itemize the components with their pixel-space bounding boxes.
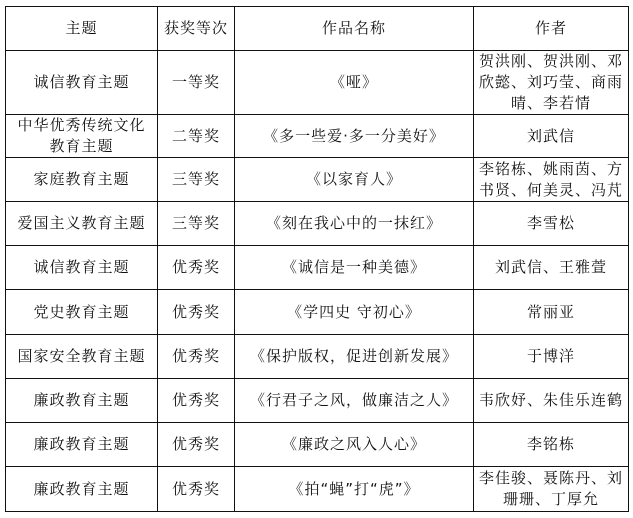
table-body: 诚信教育主题一等奖《哑》贺洪刚、贺洪刚、邓欣懿、刘巧莹、商雨晴、李若情中华优秀传… bbox=[6, 51, 629, 512]
authors-cell: 刘武信、王雅萱 bbox=[474, 246, 629, 290]
award-cell: 一等奖 bbox=[158, 51, 235, 115]
theme-cell: 诚信教育主题 bbox=[6, 51, 158, 115]
authors-cell: 韦欣妤、朱佳乐连鹤 bbox=[474, 379, 629, 423]
authors-cell: 贺洪刚、贺洪刚、邓欣懿、刘巧莹、商雨晴、李若情 bbox=[474, 51, 629, 115]
award-cell: 三等奖 bbox=[158, 158, 235, 202]
authors-cell: 刘武信 bbox=[474, 115, 629, 158]
header-theme: 主题 bbox=[6, 7, 158, 51]
award-cell: 优秀奖 bbox=[158, 290, 235, 335]
table-row: 廉政教育主题优秀奖《廉政之风入人心》李铭栋 bbox=[6, 423, 629, 467]
awards-table: 主题 获奖等次 作品名称 作者 诚信教育主题一等奖《哑》贺洪刚、贺洪刚、邓欣懿、… bbox=[5, 6, 629, 512]
theme-cell: 爱国主义教育主题 bbox=[6, 202, 158, 246]
header-work: 作品名称 bbox=[235, 7, 474, 51]
table-row: 廉政教育主题优秀奖《拍“蝇”打“虎”》李佳骏、聂陈丹、刘珊珊、丁厚允 bbox=[6, 467, 629, 512]
authors-cell: 李铭栋 bbox=[474, 423, 629, 467]
work-title-cell: 《学四史 守初心》 bbox=[235, 290, 474, 335]
award-cell: 优秀奖 bbox=[158, 379, 235, 423]
theme-cell: 廉政教育主题 bbox=[6, 379, 158, 423]
work-title-cell: 《多一些爱·多一分美好》 bbox=[235, 115, 474, 158]
theme-cell: 中华优秀传统文化教育主题 bbox=[6, 115, 158, 158]
work-title-cell: 《刻在我心中的一抹红》 bbox=[235, 202, 474, 246]
table-row: 国家安全教育主题优秀奖《保护版权，促进创新发展》于博洋 bbox=[6, 335, 629, 379]
authors-cell: 于博洋 bbox=[474, 335, 629, 379]
table-row: 党史教育主题优秀奖《学四史 守初心》常丽亚 bbox=[6, 290, 629, 335]
work-title-cell: 《廉政之风入人心》 bbox=[235, 423, 474, 467]
theme-cell: 廉政教育主题 bbox=[6, 467, 158, 512]
authors-cell: 常丽亚 bbox=[474, 290, 629, 335]
theme-cell: 国家安全教育主题 bbox=[6, 335, 158, 379]
award-cell: 二等奖 bbox=[158, 115, 235, 158]
theme-cell: 廉政教育主题 bbox=[6, 423, 158, 467]
table-row: 家庭教育主题三等奖《以家育人》李铭栋、姚雨茵、方书贤、何美灵、冯芃 bbox=[6, 158, 629, 202]
work-title-cell: 《诚信是一种美德》 bbox=[235, 246, 474, 290]
theme-cell: 家庭教育主题 bbox=[6, 158, 158, 202]
table-row: 诚信教育主题优秀奖《诚信是一种美德》刘武信、王雅萱 bbox=[6, 246, 629, 290]
header-row: 主题 获奖等次 作品名称 作者 bbox=[6, 7, 629, 51]
work-title-cell: 《以家育人》 bbox=[235, 158, 474, 202]
header-award: 获奖等次 bbox=[158, 7, 235, 51]
header-authors: 作者 bbox=[474, 7, 629, 51]
theme-cell: 党史教育主题 bbox=[6, 290, 158, 335]
table-row: 中华优秀传统文化教育主题二等奖《多一些爱·多一分美好》刘武信 bbox=[6, 115, 629, 158]
award-cell: 优秀奖 bbox=[158, 423, 235, 467]
table-row: 廉政教育主题优秀奖《行君子之风，做廉洁之人》韦欣妤、朱佳乐连鹤 bbox=[6, 379, 629, 423]
award-cell: 优秀奖 bbox=[158, 467, 235, 512]
award-cell: 优秀奖 bbox=[158, 246, 235, 290]
table-row: 诚信教育主题一等奖《哑》贺洪刚、贺洪刚、邓欣懿、刘巧莹、商雨晴、李若情 bbox=[6, 51, 629, 115]
work-title-cell: 《行君子之风，做廉洁之人》 bbox=[235, 379, 474, 423]
table-row: 爱国主义教育主题三等奖《刻在我心中的一抹红》李雪松 bbox=[6, 202, 629, 246]
authors-cell: 李佳骏、聂陈丹、刘珊珊、丁厚允 bbox=[474, 467, 629, 512]
theme-cell: 诚信教育主题 bbox=[6, 246, 158, 290]
award-cell: 优秀奖 bbox=[158, 335, 235, 379]
award-cell: 三等奖 bbox=[158, 202, 235, 246]
work-title-cell: 《拍“蝇”打“虎”》 bbox=[235, 467, 474, 512]
work-title-cell: 《哑》 bbox=[235, 51, 474, 115]
work-title-cell: 《保护版权，促进创新发展》 bbox=[235, 335, 474, 379]
authors-cell: 李雪松 bbox=[474, 202, 629, 246]
authors-cell: 李铭栋、姚雨茵、方书贤、何美灵、冯芃 bbox=[474, 158, 629, 202]
